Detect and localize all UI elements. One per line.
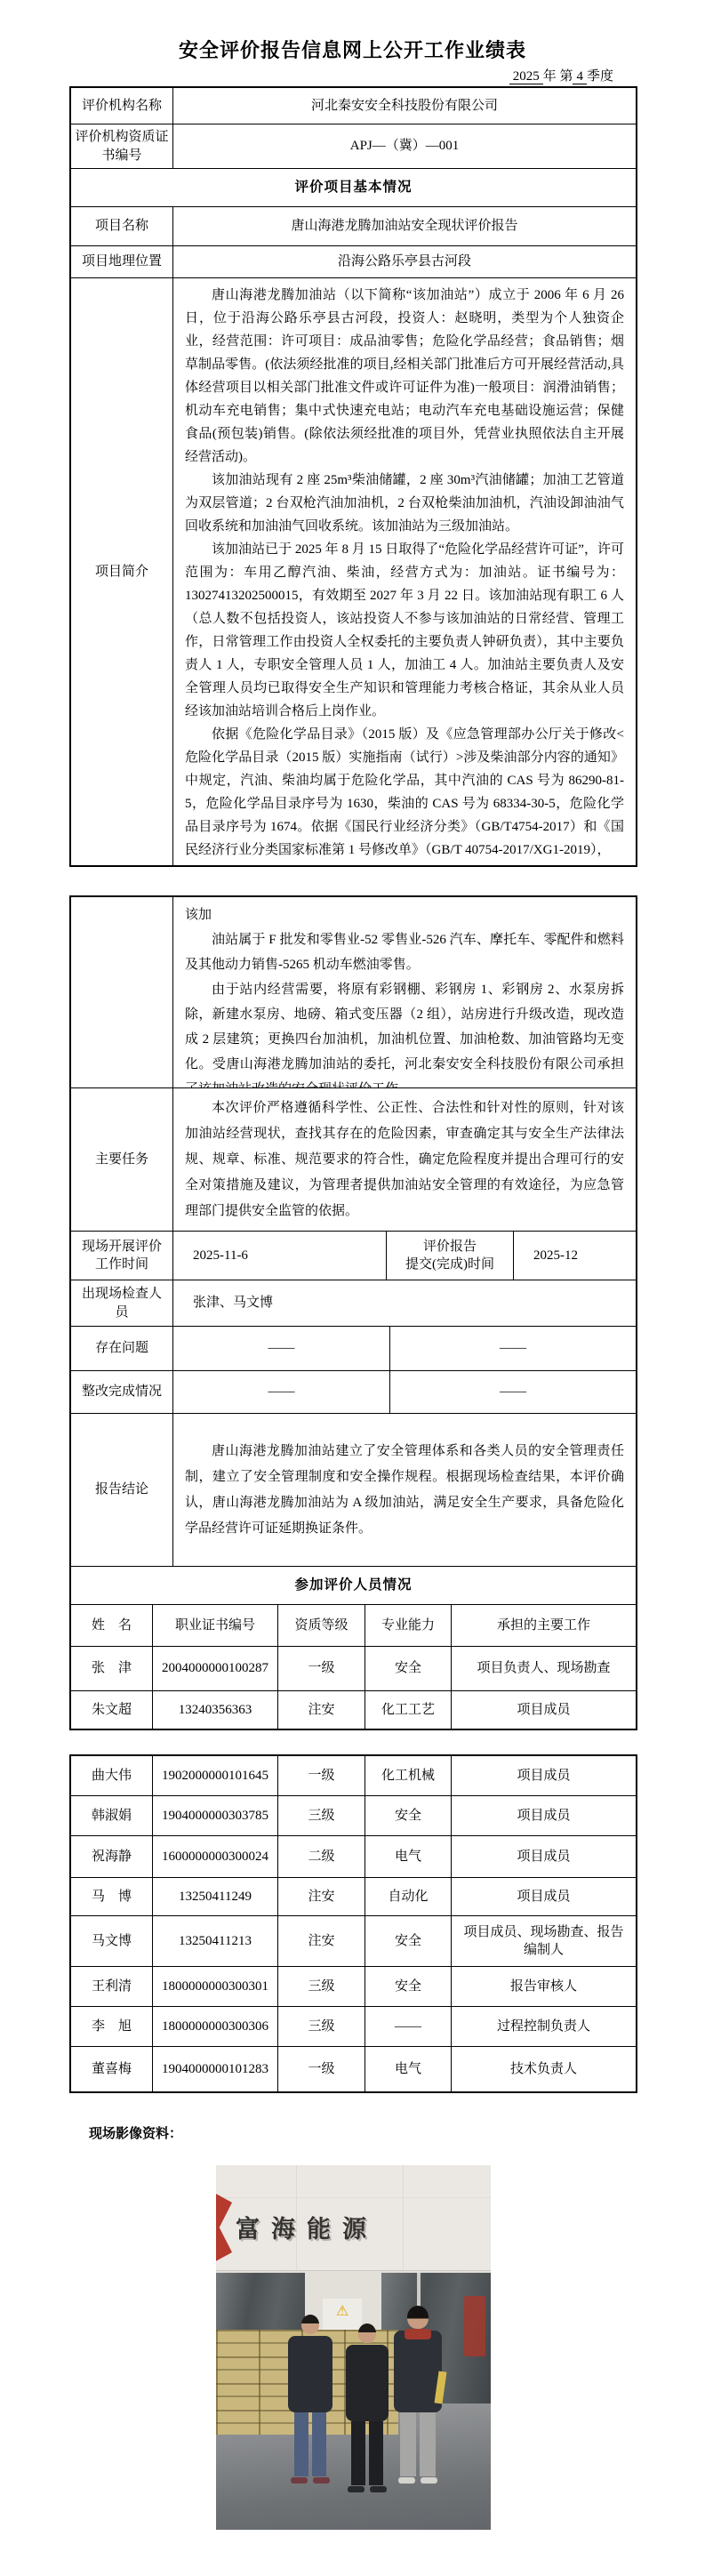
personnel-ability: 安全 [365, 1796, 452, 1835]
personnel-row: 马 博 13250411249 注安 自动化 项目成员 [71, 1878, 636, 1916]
person-head [358, 2323, 376, 2343]
personnel-name: 董喜梅 [71, 2047, 153, 2091]
personnel-row: 朱文超 13240356363 注安 化工工艺 项目成员 [71, 1691, 636, 1729]
personnel-row: 董喜梅 1904000000101283 一级 电气 技术负责人 [71, 2047, 636, 2091]
personnel-ability: 电气 [365, 1836, 452, 1877]
period-year: 2025 [509, 69, 543, 84]
brief-continuation-text: 该加 油站属于 F 批发和零售业-52 零售业-526 汽车、摩托车、零配件和燃… [173, 897, 636, 1087]
personnel-work: 项目成员 [452, 1836, 636, 1877]
personnel-ability: 安全 [365, 1967, 452, 2006]
col-header-work: 承担的主要工作 [452, 1605, 636, 1646]
personnel-cert-no: 1800000000300306 [153, 2007, 278, 2046]
table-row: 参加评价人员情况 [71, 1567, 636, 1605]
personnel-cert-no: 13250411249 [153, 1878, 278, 1915]
period-year-label: 年 第 [543, 69, 573, 84]
table-row: 存在问题 —— —— [71, 1327, 636, 1371]
personnel-header-row: 姓 名 职业证书编号 资质等级 专业能力 承担的主要工作 [71, 1605, 636, 1647]
person-shoes [392, 2477, 444, 2484]
person-head [407, 2306, 429, 2329]
table-row: 评价项目基本情况 [71, 169, 636, 207]
photo-section-label: 现场影像资料： [89, 2123, 182, 2142]
personnel-row: 韩淑娟 1904000000303785 三级 安全 项目成员 [71, 1796, 636, 1836]
personnel-work: 过程控制负责人 [452, 2007, 636, 2046]
personnel-ability: 化工机械 [365, 1756, 452, 1795]
table-row: 现场开展评价 工作时间 2025-11-6 评价报告 提交(完成)时间 2025… [71, 1232, 636, 1280]
problems-label: 存在问题 [71, 1327, 173, 1370]
conclusion-text-cell: 唐山海港龙腾加油站建立了安全管理体系和各类人员的安全管理责任制，建立了安全管理制… [173, 1414, 636, 1566]
personnel-row: 王利清 1800000000300301 三级 安全 报告审核人 [71, 1967, 636, 2007]
person-shoes [285, 2477, 335, 2484]
personnel-name: 马文博 [71, 1916, 153, 1966]
project-brief-text: 唐山海港龙腾加油站（以下简称“该加油站”）成立于 2006 年 6 月 26 日… [173, 278, 636, 865]
personnel-level: 一级 [278, 1647, 365, 1690]
period-line: 2025年 第4季度 [0, 66, 613, 84]
task-text-cell: 本次评价严格遵循科学性、公正性、合法性和针对性的原则，针对该加油站经营现状，查找… [173, 1088, 636, 1231]
project-location-value: 沿海公路乐亭县古河段 [173, 246, 636, 277]
table-row: 整改完成情况 —— —— [71, 1371, 636, 1414]
personnel-ability: 自动化 [365, 1878, 452, 1915]
personnel-work: 项目成员 [452, 1691, 636, 1729]
personnel-name: 韩淑娟 [71, 1796, 153, 1835]
personnel-name: 祝海静 [71, 1836, 153, 1877]
personnel-row: 马文博 13250411213 注安 安全 项目成员、现场勘查、报告编制人 [71, 1916, 636, 1967]
document-page: 安全评价报告信息网上公开工作业绩表 2025年 第4季度 评价机构名称 河北秦安… [0, 0, 705, 2576]
site-staff-value: 张津、马文博 [173, 1280, 636, 1326]
personnel-cert-no: 13240356363 [153, 1691, 278, 1729]
personnel-row: 祝海静 1600000000300024 二级 电气 项目成员 [71, 1836, 636, 1878]
personnel-level: 一级 [278, 1756, 365, 1795]
personnel-cert-no: 1902000000101645 [153, 1756, 278, 1795]
site-photo: 富海能源 ⚠ [216, 2165, 491, 2530]
personnel-cert-no: 2004000000100287 [153, 1647, 278, 1690]
table-row: 报告结论 唐山海港龙腾加油站建立了安全管理体系和各类人员的安全管理责任制，建立了… [71, 1414, 636, 1567]
col-header-ability: 专业能力 [365, 1605, 452, 1646]
personnel-cert-no: 13250411213 [153, 1916, 278, 1966]
table-row: 主要任务 本次评价严格遵循科学性、公正性、合法性和针对性的原则，针对该加油站经营… [71, 1088, 636, 1232]
project-name-label: 项目名称 [71, 207, 173, 245]
project-name-value: 唐山海港龙腾加油站安全现状评价报告 [173, 207, 636, 245]
red-hood [405, 2329, 431, 2339]
table-row: 项目地理位置 沿海公路乐亭县古河段 [71, 246, 636, 278]
table-row: 评价机构资质证 书编号 APJ—（冀）—001 [71, 124, 636, 169]
person-jacket [288, 2336, 332, 2412]
personnel-work: 项目成员 [452, 1796, 636, 1835]
personnel-level: 三级 [278, 2007, 365, 2046]
person-jacket [346, 2345, 389, 2421]
brief-cont-paragraph: 由于站内经营需要，将原有彩钢棚、彩钢房 1、彩钢房 2、水泵房拆除，新建水泵房、… [185, 977, 624, 1087]
personnel-cert-no: 1904000000303785 [153, 1796, 278, 1835]
personnel-name: 马 博 [71, 1878, 153, 1915]
personnel-ability: 安全 [365, 1916, 452, 1966]
project-brief-label: 项目简介 [71, 278, 173, 865]
basic-section-header: 评价项目基本情况 [71, 169, 636, 206]
conclusion-label: 报告结论 [71, 1414, 173, 1566]
person-shoes [344, 2486, 390, 2492]
brief-cont-paragraph: 油站属于 F 批发和零售业-52 零售业-526 汽车、摩托车、零配件和燃料及其… [185, 927, 624, 977]
personnel-level: 注安 [278, 1878, 365, 1915]
site-staff-label: 出现场检查人 员 [71, 1280, 173, 1326]
task-paragraph: 本次评价严格遵循科学性、公正性、合法性和针对性的原则，针对该加油站经营现状，查找… [185, 1095, 624, 1224]
fuhai-sign-text: 富海能源 [236, 2210, 378, 2244]
person-legs [344, 2421, 390, 2485]
photo-building-wall: 富海能源 [216, 2165, 491, 2271]
person-legs [285, 2412, 335, 2476]
brief-paragraph: 唐山海港龙腾加油站（以下简称“该加油站”）成立于 2006 年 6 月 26 日… [185, 284, 624, 469]
personnel-level: 注安 [278, 1691, 365, 1729]
personnel-cert-no: 1600000000300024 [153, 1836, 278, 1877]
personnel-work: 项目成员 [452, 1756, 636, 1795]
person-figure [392, 2306, 444, 2484]
personnel-name: 王利清 [71, 1967, 153, 2006]
problems-value-2: —— [390, 1327, 636, 1370]
org-name-label: 评价机构名称 [71, 88, 173, 124]
report-time-label: 评价报告 提交(完成)时间 [387, 1232, 514, 1280]
project-location-label: 项目地理位置 [71, 246, 173, 277]
brief-paragraph: 该加油站现有 2 座 25m³柴油储罐，2 座 30m³汽油储罐；加油工艺管道为… [185, 469, 624, 538]
field-time-label: 现场开展评价 工作时间 [71, 1232, 173, 1280]
brief-cont-label [71, 897, 173, 1087]
fuhai-logo-icon [216, 2192, 232, 2263]
brief-cont-paragraph: 该加 [185, 903, 624, 927]
col-header-cert-no: 职业证书编号 [153, 1605, 278, 1646]
evaluation-table: 该加 油站属于 F 批发和零售业-52 零售业-526 汽车、摩托车、零配件和燃… [69, 895, 637, 1730]
personnel-level: 三级 [278, 1796, 365, 1835]
red-signage-reflection [464, 2296, 485, 2356]
problems-value-1: —— [173, 1327, 390, 1370]
personnel-ability: 安全 [365, 1647, 452, 1690]
personnel-ability: —— [365, 2007, 452, 2046]
rectification-value-1: —— [173, 1371, 390, 1413]
person-figure [285, 2315, 335, 2484]
page-title: 安全评价报告信息网上公开工作业绩表 [0, 36, 705, 63]
org-cert-label: 评价机构资质证 书编号 [71, 124, 173, 168]
personnel-row: 李 旭 1800000000300306 三级 —— 过程控制负责人 [71, 2007, 636, 2047]
wall-seam [403, 2165, 404, 2270]
personnel-name: 朱文超 [71, 1691, 153, 1729]
rectification-label: 整改完成情况 [71, 1371, 173, 1413]
rectification-value-2: —— [390, 1371, 636, 1413]
personnel-row: 张 津 2004000000100287 一级 安全 项目负责人、现场勘查 [71, 1647, 636, 1691]
person-head [301, 2315, 319, 2334]
period-quarter: 4 [573, 69, 587, 84]
personnel-level: 三级 [278, 1967, 365, 2006]
personnel-work: 项目成员、现场勘查、报告编制人 [452, 1916, 636, 1966]
personnel-cert-no: 1904000000101283 [153, 2047, 278, 2091]
personnel-work: 项目成员 [452, 1878, 636, 1915]
basic-info-table: 评价机构名称 河北秦安安全科技股份有限公司 评价机构资质证 书编号 APJ—（冀… [69, 86, 637, 867]
personnel-name: 曲大伟 [71, 1756, 153, 1795]
table-row: 项目简介 唐山海港龙腾加油站（以下简称“该加油站”）成立于 2006 年 6 月… [71, 278, 636, 865]
brief-paragraph: 该加油站已于 2025 年 8 月 15 日取得了“危险化学品经营许可证”，许可… [185, 538, 624, 723]
table-row: 评价机构名称 河北秦安安全科技股份有限公司 [71, 88, 636, 124]
personnel-work: 项目负责人、现场勘查 [452, 1647, 636, 1690]
personnel-table-continued: 曲大伟 1902000000101645 一级 化工机械 项目成员 韩淑娟 19… [69, 1754, 637, 2093]
personnel-name: 李 旭 [71, 2007, 153, 2046]
org-name-value: 河北秦安安全科技股份有限公司 [173, 88, 636, 124]
personnel-ability: 电气 [365, 2047, 452, 2091]
person-figure [344, 2323, 390, 2492]
col-header-level: 资质等级 [278, 1605, 365, 1646]
task-label: 主要任务 [71, 1088, 173, 1231]
wall-seam [216, 2197, 491, 2198]
personnel-ability: 化工工艺 [365, 1691, 452, 1729]
org-cert-value: APJ—（冀）—001 [173, 124, 636, 168]
personnel-level: 一级 [278, 2047, 365, 2091]
personnel-cert-no: 1800000000300301 [153, 1967, 278, 2006]
personnel-name: 张 津 [71, 1647, 153, 1690]
personnel-level: 二级 [278, 1836, 365, 1877]
col-header-name: 姓 名 [71, 1605, 153, 1646]
person-jacket [394, 2331, 442, 2412]
personnel-row: 曲大伟 1902000000101645 一级 化工机械 项目成员 [71, 1756, 636, 1796]
person-legs [392, 2412, 444, 2476]
personnel-work: 报告审核人 [452, 1967, 636, 2006]
conclusion-paragraph: 唐山海港龙腾加油站建立了安全管理体系和各类人员的安全管理责任制，建立了安全管理制… [185, 1439, 624, 1542]
personnel-level: 注安 [278, 1916, 365, 1966]
period-quarter-label: 季度 [587, 69, 613, 84]
personnel-section-header: 参加评价人员情况 [71, 1567, 636, 1604]
field-time-value: 2025-11-6 [173, 1232, 387, 1280]
report-time-value: 2025-12 [514, 1232, 636, 1280]
personnel-work: 技术负责人 [452, 2047, 636, 2091]
table-row: 该加 油站属于 F 批发和零售业-52 零售业-526 汽车、摩托车、零配件和燃… [71, 897, 636, 1088]
table-row: 出现场检查人 员 张津、马文博 [71, 1280, 636, 1327]
table-row: 项目名称 唐山海港龙腾加油站安全现状评价报告 [71, 207, 636, 246]
brief-paragraph: 依据《危险化学品目录》（2015 版）及《应急管理部办公厅关于修改<危险化学品目… [185, 723, 624, 862]
